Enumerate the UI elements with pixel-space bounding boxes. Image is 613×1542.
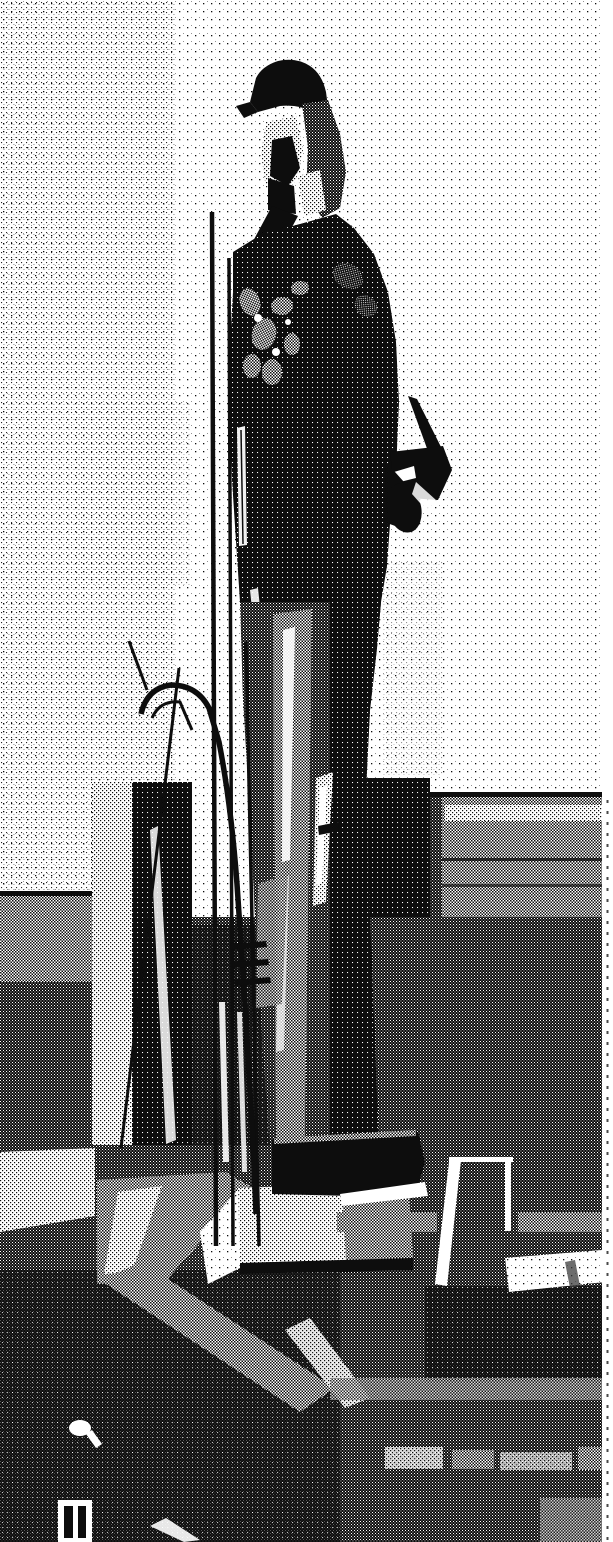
- wall-top-edge: [0, 891, 92, 896]
- post-top-bar: [449, 1157, 513, 1162]
- ladder-bar-1: [64, 1506, 73, 1538]
- ladder-object: [58, 1500, 92, 1542]
- streak-patch-2: [452, 1450, 494, 1469]
- streak-band: [330, 1378, 613, 1400]
- dark-panel: [360, 778, 430, 930]
- scan-border: [602, 0, 613, 1542]
- wall-upper-course: [0, 896, 92, 982]
- lumber-light-plank: [445, 805, 613, 821]
- chest-patch: [271, 297, 293, 315]
- chest-glint: [272, 348, 280, 356]
- photo-svg: [0, 0, 613, 1542]
- chest-glint: [254, 314, 262, 322]
- chest-patch: [262, 359, 282, 385]
- sky-dense-right: [383, 560, 443, 775]
- pale-beam: [92, 782, 132, 1145]
- streak-patch-1: [385, 1447, 443, 1469]
- ladder-bar-2: [78, 1506, 86, 1538]
- scan-border-stripe: [602, 0, 613, 1542]
- ladder-frame: [58, 1500, 92, 1542]
- chest-glint: [285, 319, 291, 325]
- streak-patch-3: [500, 1452, 572, 1470]
- wall-lower-course: [0, 982, 92, 1145]
- roof: [0, 1145, 613, 1542]
- sky-dense-patch: [75, 400, 190, 585]
- pale-band-right: [518, 1212, 613, 1232]
- jacket: [229, 214, 399, 602]
- pale-band-left: [337, 1212, 437, 1232]
- roof-shadow-right: [425, 1286, 613, 1382]
- chest-patch: [284, 333, 300, 355]
- post-side-bar: [505, 1157, 511, 1231]
- chest-patch: [243, 354, 261, 378]
- chest-patch: [291, 281, 309, 295]
- halftone-photo: [0, 0, 613, 1542]
